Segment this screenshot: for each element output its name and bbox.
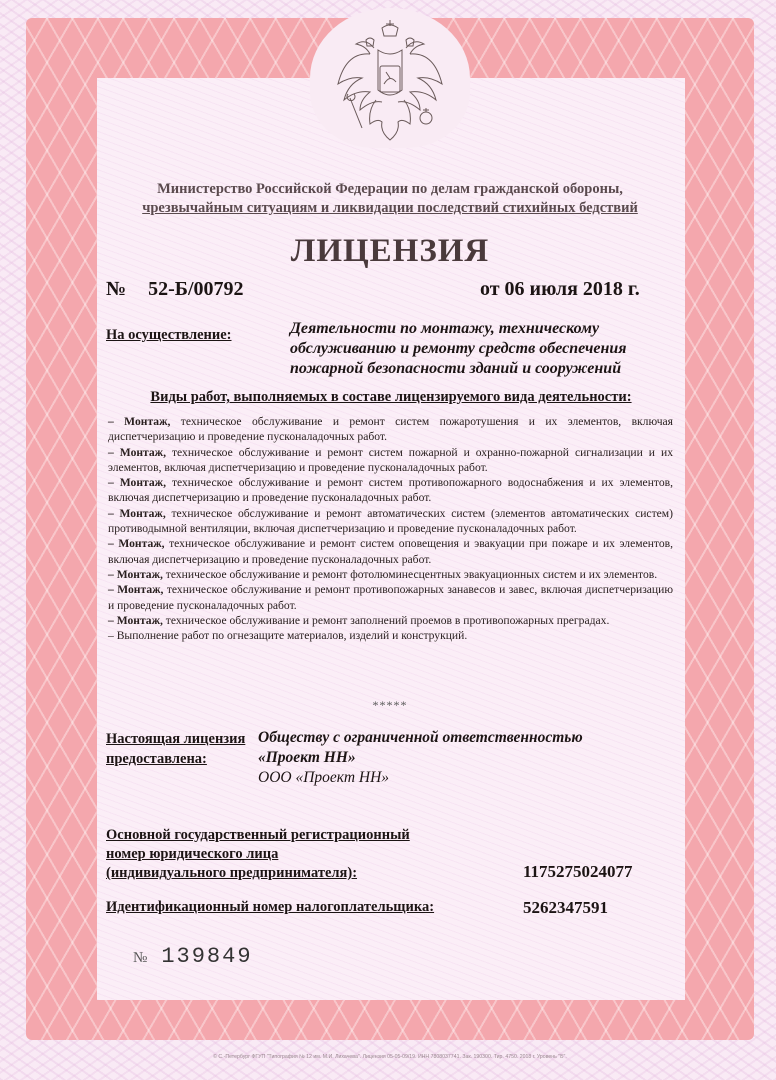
work-item: – Монтаж, техническое обслуживание и рем…	[108, 445, 673, 476]
work-item: – Монтаж, техническое обслуживание и рем…	[108, 414, 673, 445]
work-types-list: – Монтаж, техническое обслуживание и рем…	[108, 414, 673, 643]
issuing-authority: Министерство Российской Федерации по дел…	[100, 180, 680, 218]
licensee-short-name: ООО «Проект НН»	[258, 768, 678, 788]
licensee-label: Настоящая лицензия предоставлена:	[106, 729, 245, 769]
work-types-title: Виды работ, выполняемых в составе лиценз…	[106, 389, 676, 406]
work-item: – Монтаж, техническое обслуживание и рем…	[108, 582, 673, 613]
work-item: – Монтаж, техническое обслуживание и рем…	[108, 536, 673, 567]
printer-imprint: © С.-Петербург ФГУП "Типография № 12 им.…	[100, 1054, 680, 1060]
inn-value: 5262347591	[523, 898, 608, 918]
license-number: №52-Б/00792	[106, 278, 244, 301]
work-item: – Монтаж, техническое обслуживание и рем…	[108, 567, 673, 582]
license-number-value: 52-Б/00792	[148, 278, 243, 300]
ministry-line-2: чрезвычайным ситуациям и ликвидации посл…	[100, 199, 680, 218]
coat-of-arms-icon	[330, 14, 450, 154]
ogrn-value: 1175275024077	[523, 862, 633, 882]
work-item: – Выполнение работ по огнезащите материа…	[108, 628, 673, 643]
licensee-full-name-2: «Проект НН»	[258, 748, 678, 768]
work-item: – Монтаж, техническое обслуживание и рем…	[108, 506, 673, 537]
ministry-line-1: Министерство Российской Федерации по дел…	[100, 180, 680, 199]
licensee-full-name-1: Обществу с ограниченной ответственностью	[258, 728, 678, 748]
inn-label: Идентификационный номер налогоплательщик…	[106, 899, 434, 916]
blank-serial-number: №139849	[133, 944, 253, 969]
work-item: – Монтаж, техническое обслуживание и рем…	[108, 613, 673, 628]
number-sign: №	[106, 278, 126, 300]
activity-value: Деятельности по монтажу, техническому об…	[290, 319, 680, 379]
activity-label: На осуществление:	[106, 327, 232, 344]
separator: *****	[100, 698, 680, 713]
licensee-name: Обществу с ограниченной ответственностью…	[258, 728, 678, 788]
work-item: – Монтаж, техническое обслуживание и рем…	[108, 475, 673, 506]
license-date: от 06 июля 2018 г.	[480, 278, 640, 301]
document-title: ЛИЦЕНЗИЯ	[100, 233, 680, 270]
ogrn-label: Основной государственный регистрационный…	[106, 826, 410, 883]
